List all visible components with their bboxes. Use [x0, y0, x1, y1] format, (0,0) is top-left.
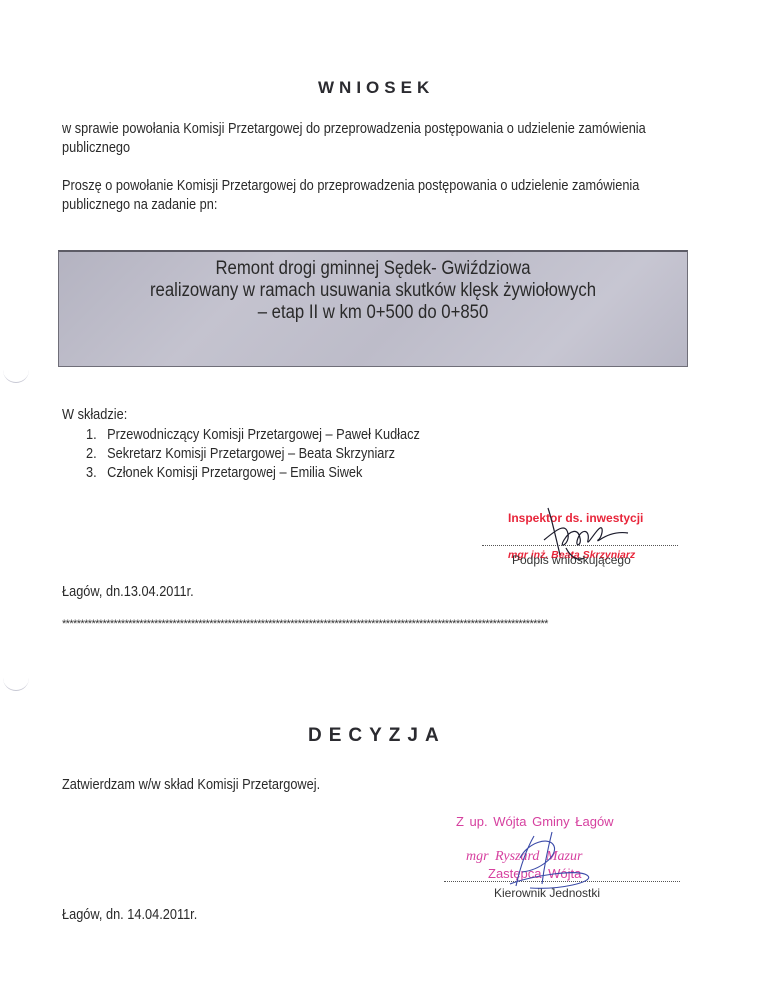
task-line: – etap II w km 0+500 do 0+850	[97, 302, 650, 324]
punch-hole-mark	[3, 368, 29, 383]
request-line: publicznego na zadanie pn:	[62, 196, 217, 215]
decision-statement: Zatwierdzam w/w skład Komisji Przetargow…	[62, 776, 320, 795]
members-list: 1.Przewodniczący Komisji Przetargowej – …	[86, 426, 420, 483]
task-name-box: Remont drogi gminnej Sędek- Gwiździowa r…	[58, 250, 688, 367]
wniosek-title: WNIOSEK	[318, 78, 434, 98]
task-line: Remont drogi gminnej Sędek- Gwiździowa	[97, 258, 650, 280]
decyzja-date: Łagów, dn. 14.04.2011r.	[62, 906, 197, 925]
list-item: 1.Przewodniczący Komisji Przetargowej – …	[86, 426, 420, 445]
handwritten-signature	[470, 828, 610, 896]
request-line: Proszę o powołanie Komisji Przetargowej …	[62, 177, 639, 196]
punch-hole-mark	[3, 676, 29, 691]
task-line: realizowany w ramach usuwania skutków kl…	[97, 280, 650, 302]
handwritten-signature	[538, 500, 638, 570]
list-item: 2.Sekretarz Komisji Przetargowej – Beata…	[86, 445, 420, 464]
composition-label: W składzie:	[62, 406, 127, 425]
subject-line: publicznego	[62, 139, 130, 158]
decyzja-title: DECYZJA	[308, 725, 446, 747]
subject-line: w sprawie powołania Komisji Przetargowej…	[62, 120, 646, 139]
wniosek-date: Łagów, dn.13.04.2011r.	[62, 583, 194, 602]
separator-line: ****************************************…	[62, 618, 676, 630]
list-item: 3.Członek Komisji Przetargowej – Emilia …	[86, 464, 420, 483]
approval-stamp-line: Z up. Wójta Gminy Łagów	[456, 814, 614, 829]
